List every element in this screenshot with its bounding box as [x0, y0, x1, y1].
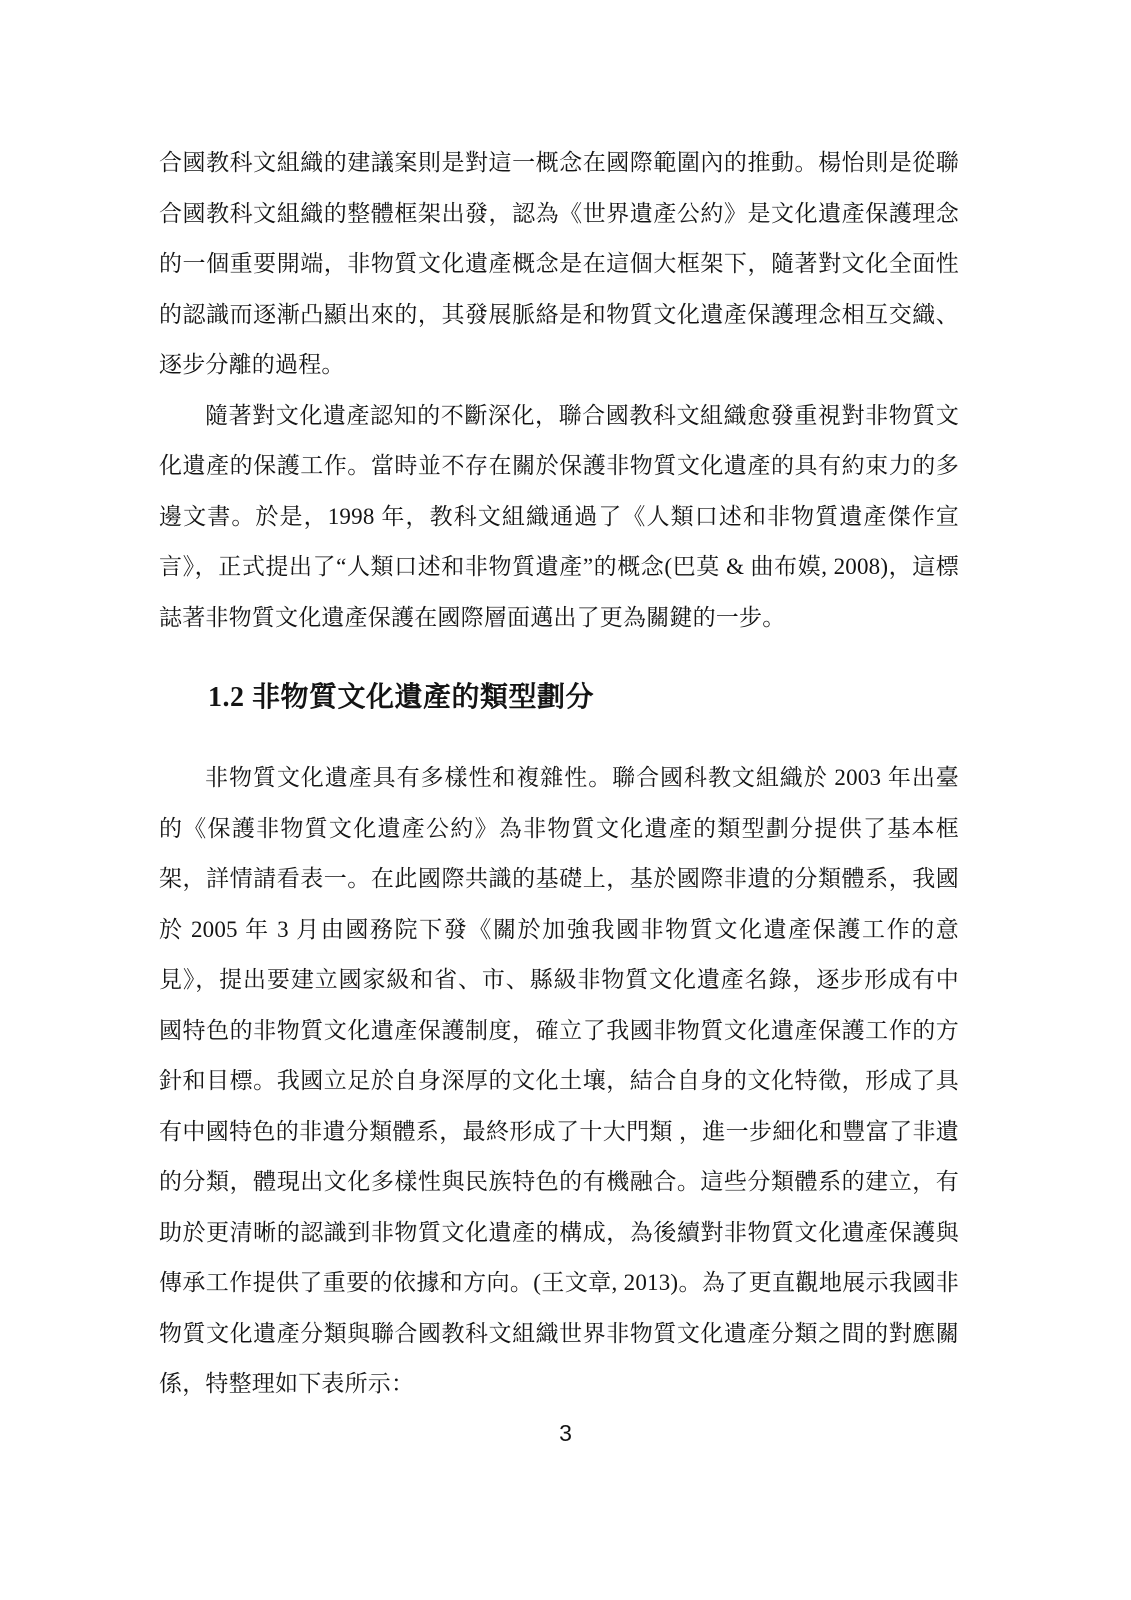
paragraph-type-classification: 非物質文化遺產具有多樣性和複雜性。聯合國科教文組織於 2003 年出臺的《保護非… — [159, 753, 959, 1410]
document-page: 合國教科文組織的建議案則是對這一概念在國際範圍內的推動。楊怡則是從聯合國教科文組… — [0, 0, 1131, 1600]
page-number: 3 — [0, 1420, 1131, 1447]
document-body: 合國教科文組織的建議案則是對這一概念在國際範圍內的推動。楊怡則是從聯合國教科文組… — [159, 138, 959, 1410]
paragraph-continuation: 合國教科文組織的建議案則是對這一概念在國際範圍內的推動。楊怡則是從聯合國教科文組… — [159, 138, 959, 391]
section-heading-1-2: 1.2 非物質文化遺產的類型劃分 — [208, 673, 959, 723]
paragraph-unesco-deepening: 隨著對文化遺產認知的不斷深化，聯合國教科文組織愈發重視對非物質文化遺產的保護工作… — [159, 391, 959, 644]
